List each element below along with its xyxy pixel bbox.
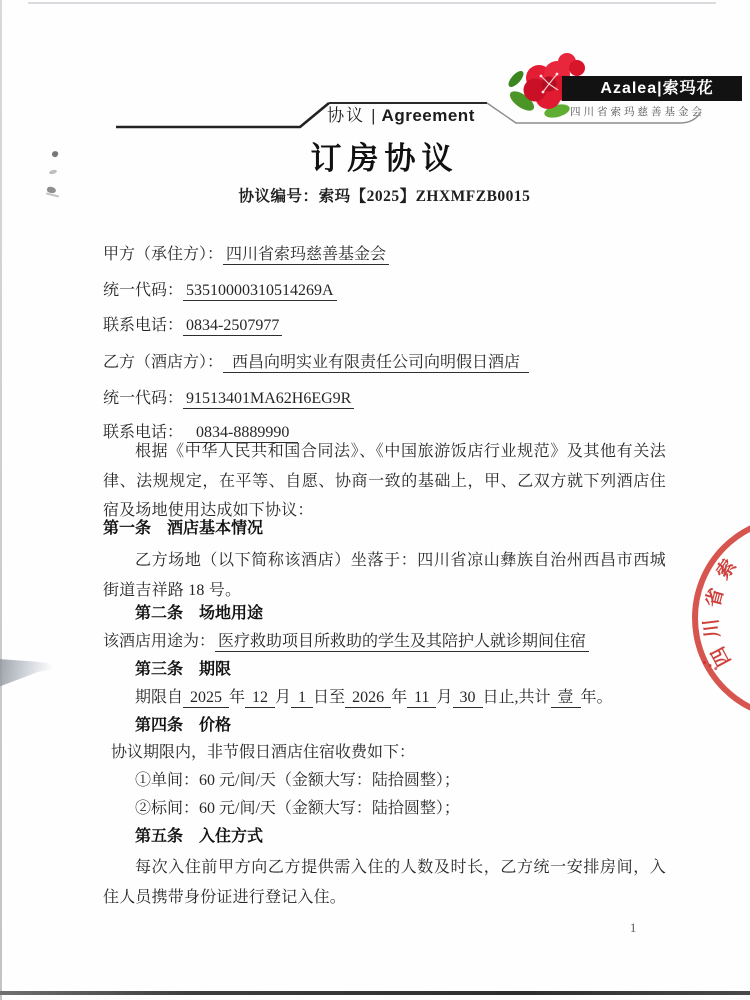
term-month-to: 11 (407, 689, 436, 708)
ribbon-label-cn: 协议 (327, 106, 365, 125)
agreement-number-line: 协议编号：索玛【2025】ZHXMFZB0015 (103, 184, 666, 206)
term-seg: 月 (275, 689, 291, 706)
clause2-lead: 该酒店用途为： (103, 633, 215, 650)
party-a-code: 53510000310514269A (183, 282, 337, 301)
clause4-item2: ②标间：60 元/间/天（金额大写：陆拾圆整）； (103, 798, 666, 819)
clause5-text: 每次入住前甲方向乙方提供需入住的人数及时长，乙方统一安排房间，入住人员携带身份证… (103, 853, 666, 912)
term-seg: 日止,共计 (483, 689, 551, 706)
ribbon-label-divider: | (365, 106, 381, 125)
scan-artifact-fold (0, 645, 72, 689)
party-a-code-line: 统一代码：53510000310514269A (103, 280, 666, 301)
clause1-text: 乙方场地（以下简称该酒店）坐落于：四川省凉山彝族自治州西昌市西城街道吉祥路 18… (103, 546, 666, 605)
preamble-paragraph: 根据《中华人民共和国合同法》、《中国旅游饭店行业规范》及其他有关法律、法规规定，… (103, 437, 666, 526)
seal-char: 川 (701, 616, 726, 641)
term-day-to: 30 (453, 689, 483, 708)
term-year-to: 2026 (345, 689, 391, 708)
scanned-agreement-page: Azalea|索玛花 四川省索玛慈善基金会 协议|Agreement 订房协议 … (0, 0, 750, 1000)
party-a-code-label: 统一代码： (103, 282, 183, 299)
clause5-heading: 第五条 入住方式 (103, 826, 666, 847)
clause3-term-line: 期限自2025年12月1日至2026年11月30日止,共计壹年。 (103, 687, 666, 708)
scan-artifact-smudge (49, 169, 58, 175)
term-seg: 期限自 (135, 689, 183, 706)
party-a-name-line: 甲方（承住方）：四川省索玛慈善基金会 (103, 244, 666, 265)
page-number: 1 (630, 921, 636, 936)
scan-artifact-smudge (51, 150, 59, 158)
term-month-from: 12 (245, 689, 275, 708)
term-seg: 年 (229, 689, 245, 706)
party-b-code-line: 统一代码：91513401MA62H6EG9R (103, 388, 666, 409)
party-b-code: 91513401MA62H6EG9R (183, 390, 354, 409)
term-seg: 月 (436, 689, 452, 706)
term-duration: 壹 (551, 689, 581, 708)
clause2-heading: 第二条 场地用途 (103, 603, 666, 624)
party-b-name-line: 乙方（酒店方）：西昌向明实业有限责任公司向明假日酒店 (103, 352, 666, 373)
term-day-from: 1 (291, 689, 313, 708)
party-a-name: 四川省索玛慈善基金会 (223, 246, 389, 265)
party-b-code-label: 统一代码： (103, 390, 183, 407)
clause4-item1: ①单间：60 元/间/天（金额大写：陆拾圆整）； (103, 770, 666, 791)
clause4-lead: 协议期限内，非节假日酒店住宿收费如下： (103, 742, 666, 763)
scan-edge-bottom (0, 991, 750, 995)
clause4-heading: 第四条 价格 (103, 715, 666, 736)
ribbon-label-en: Agreement (382, 106, 475, 125)
agreement-number-label: 协议编号： (239, 188, 319, 205)
scan-edge-left (0, 0, 2, 1000)
clause3-heading: 第三条 期限 (103, 659, 666, 680)
term-seg: 年。 (581, 689, 613, 706)
term-year-from: 2025 (183, 689, 229, 708)
clause2-text: 该酒店用途为：医疗救助项目所救助的学生及其陪护人就诊期间住宿 (103, 631, 666, 652)
party-a-phone-line: 联系电话：0834-2507977 (103, 315, 666, 336)
party-b-label: 乙方（酒店方）： (103, 354, 223, 371)
party-a-phone-label: 联系电话： (103, 317, 183, 334)
clause1-heading: 第一条 酒店基本情况 (103, 518, 666, 539)
party-a-label: 甲方（承住方）： (103, 246, 223, 263)
party-b-name: 西昌向明实业有限责任公司向明假日酒店 (223, 354, 529, 373)
term-seg: 年 (391, 689, 407, 706)
document-title: 订房协议 (103, 133, 666, 178)
clause2-purpose: 医疗救助项目所救助的学生及其陪护人就诊期间住宿 (215, 633, 589, 652)
term-seg: 日至 (313, 689, 345, 706)
scan-edge-top (28, 2, 716, 4)
agreement-number-value: 索玛【2025】ZHXMFZB0015 (319, 188, 531, 205)
party-a-phone: 0834-2507977 (183, 317, 282, 336)
scan-artifact-smudge (46, 192, 59, 197)
ribbon-label: 协议|Agreement (295, 101, 507, 126)
